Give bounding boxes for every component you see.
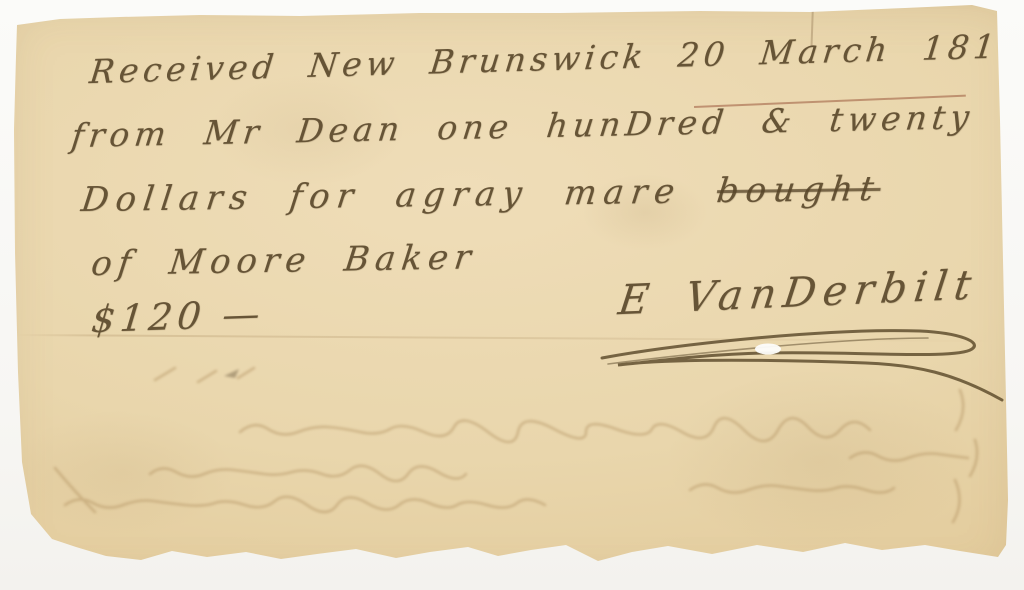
receipt-line-2: from Mr Dean one hunDred & twenty: [69, 97, 976, 155]
amount-text: $120 —: [89, 292, 266, 341]
receipt-line-3-crossed-word: bought: [715, 169, 884, 211]
receipt-paper: Received New Brunswick 20 March 1818 fro…: [0, 0, 1024, 590]
ink-fleck: [224, 369, 239, 378]
paper-highlight-speck: [755, 344, 781, 355]
scanned-document: Received New Brunswick 20 March 1818 fro…: [0, 0, 1024, 590]
flourish-stroke: [602, 331, 1002, 400]
signature-flourish: [598, 318, 1008, 408]
receipt-line-3-text: Dollars for agray mare: [79, 171, 720, 220]
receipt-line-4: of Moore Baker: [89, 237, 479, 284]
flourish-stroke-thin: [608, 338, 928, 364]
signature-text: E VanDerbilt: [616, 260, 981, 324]
bleed-through-strokes: [55, 368, 977, 522]
receipt-line-3: Dollars for agray mare bought: [79, 169, 883, 220]
receipt-line-1: Received New Brunswick 20 March 1818: [88, 26, 1024, 91]
